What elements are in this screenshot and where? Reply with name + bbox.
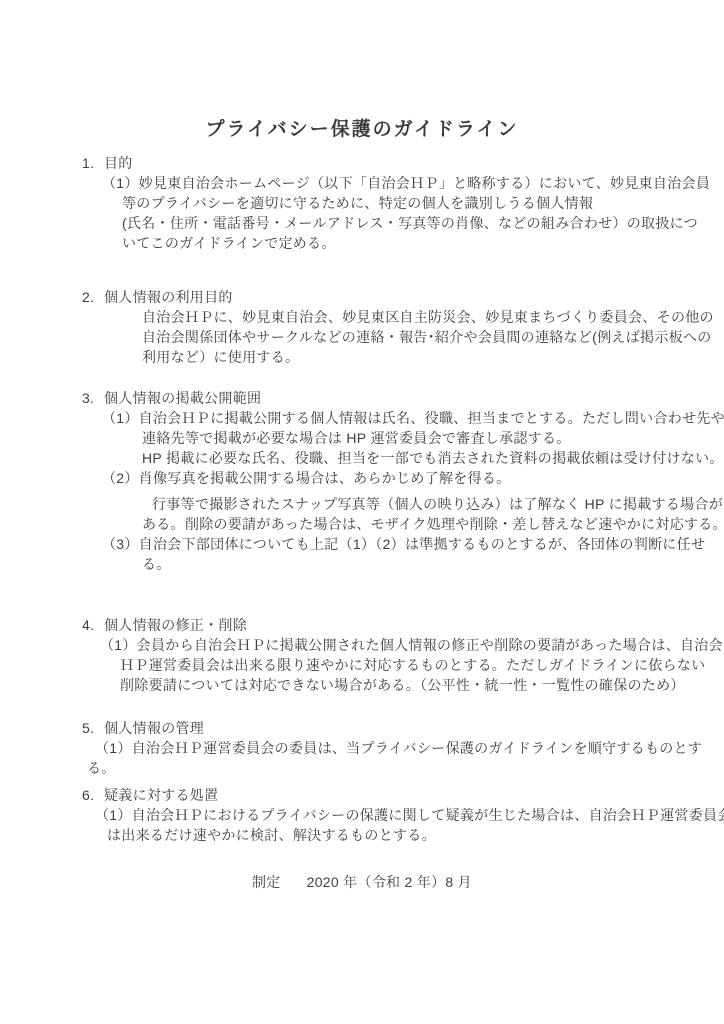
section-line: 自治会ＨＰに、妙見東自治会、妙見東区自主防災会、妙見東まちづくり委員会、その他の bbox=[142, 307, 724, 327]
section-purpose: 1.目的 （1）妙見東自治会ホームページ（以下「自治会ＨＰ」と略称する）において… bbox=[0, 153, 724, 253]
section-heading-label: 個人情報の管理 bbox=[104, 720, 204, 736]
section-heading-label: 疑義に対する処置 bbox=[104, 787, 218, 803]
section-doubt-handling: 6.疑義に対する処置 （1）自治会ＨＰにおけるプライバシーの保護に関して疑義が生… bbox=[0, 785, 724, 845]
section-number: 2. bbox=[82, 287, 104, 307]
section-heading-label: 個人情報の修正・削除 bbox=[104, 617, 247, 633]
section-number: 6. bbox=[82, 785, 104, 805]
section-line: （1）自治会ＨＰに掲載公開する個人情報は氏名、役職、担当までとする。ただし問い合… bbox=[102, 408, 724, 428]
section-line: 連絡先等で掲載が必要な場合は HP 運営委員会で審査し承認する。 bbox=[142, 428, 724, 448]
page-title: プライバシー保護のガイドライン bbox=[0, 118, 724, 142]
section-heading: 1.目的 bbox=[82, 153, 724, 173]
section-line: る。 bbox=[142, 554, 724, 574]
section-line: る。 bbox=[87, 758, 724, 778]
section-line: は出来るだけ速やかに検討、解決するものとする。 bbox=[107, 825, 724, 845]
section-line: （2）肖像写真を掲載公開する場合は、あらかじめ了解を得る。 bbox=[102, 468, 724, 488]
section-line: （1）自治会ＨＰにおけるプライバシーの保護に関して疑義が生じた場合は、自治会ＨＰ… bbox=[95, 805, 724, 825]
section-line: 自治会関係団体やサークルなどの連絡・報告･紹介や会員間の連絡など(例えば掲示板へ… bbox=[142, 327, 724, 347]
section-line: （1）妙見東自治会ホームページ（以下「自治会ＨＰ」と略称する）において、妙見東自… bbox=[102, 173, 724, 193]
section-usage-purpose: 2.個人情報の利用目的 自治会ＨＰに、妙見東自治会、妙見東区自主防災会、妙見東ま… bbox=[0, 287, 724, 367]
document-page: プライバシー保護のガイドライン 1.目的 （1）妙見東自治会ホームページ（以下「… bbox=[0, 0, 724, 1024]
section-publication-scope: 3.個人情報の掲載公開範囲 （1）自治会ＨＰに掲載公開する個人情報は氏名、役職、… bbox=[0, 388, 724, 574]
enactment-line: 制定2020 年（令和 2 年）8 月 bbox=[0, 872, 724, 892]
section-line: 行事等で撮影されたスナップ写真等（個人の映り込み）は了解なく HP に掲載する場… bbox=[152, 494, 724, 514]
section-line: 利用など）に使用する。 bbox=[142, 347, 724, 367]
section-correction-deletion: 4.個人情報の修正・削除 （1）会員から自治会ＨＰに掲載公開された個人情報の修正… bbox=[0, 615, 724, 695]
section-heading-label: 個人情報の利用目的 bbox=[104, 289, 233, 305]
section-number: 4. bbox=[82, 615, 104, 635]
section-heading: 5.個人情報の管理 bbox=[82, 718, 724, 738]
section-heading: 2.個人情報の利用目的 bbox=[82, 287, 724, 307]
section-heading: 3.個人情報の掲載公開範囲 bbox=[82, 388, 724, 408]
section-line: （1）自治会ＨＰ運営委員会の委員は、当プライバシー保護のガイドラインを順守するも… bbox=[95, 738, 724, 758]
section-line: いてこのガイドラインで定める。 bbox=[122, 233, 724, 253]
section-management: 5.個人情報の管理 （1）自治会ＨＰ運営委員会の委員は、当プライバシー保護のガイ… bbox=[0, 718, 724, 778]
section-number: 1. bbox=[82, 153, 104, 173]
section-number: 3. bbox=[82, 388, 104, 408]
section-line: HP 掲載に必要な氏名、役職、担当を一部でも消去された資料の掲載依頼は受け付けな… bbox=[142, 448, 724, 468]
section-number: 5. bbox=[82, 718, 104, 738]
section-heading-label: 個人情報の掲載公開範囲 bbox=[104, 390, 261, 406]
section-heading: 4.個人情報の修正・削除 bbox=[82, 615, 724, 635]
section-line: 等のプライバシーを適切に守るために、特定の個人を識別しうる個人情報 bbox=[122, 193, 724, 213]
section-line: ＨＰ運営委員会は出来る限り速やかに対応するものとする。ただしガイドラインに依らな… bbox=[120, 655, 724, 675]
section-line: ある。削除の要請があった場合は、モザイク処理や削除・差し替えなど速やかに対応する… bbox=[142, 514, 724, 534]
section-heading: 6.疑義に対する処置 bbox=[82, 785, 724, 805]
section-line: 削除要請については対応できない場合がある。（公平性・統一性・一覧性の確保のため） bbox=[120, 675, 724, 695]
enactment-date: 2020 年（令和 2 年）8 月 bbox=[307, 874, 472, 890]
section-heading-label: 目的 bbox=[104, 155, 133, 171]
enactment-label: 制定 bbox=[252, 874, 281, 890]
section-line: （1）会員から自治会ＨＰに掲載公開された個人情報の修正や削除の要請があった場合は… bbox=[100, 635, 724, 655]
section-line: (氏名・住所・電話番号・メールアドレス・写真等の肖像、などの組み合わせ）の取扱に… bbox=[122, 213, 724, 233]
section-line: （3）自治会下部団体についても上記（1）（2）は準拠するものとするが、各団体の判… bbox=[102, 534, 724, 554]
